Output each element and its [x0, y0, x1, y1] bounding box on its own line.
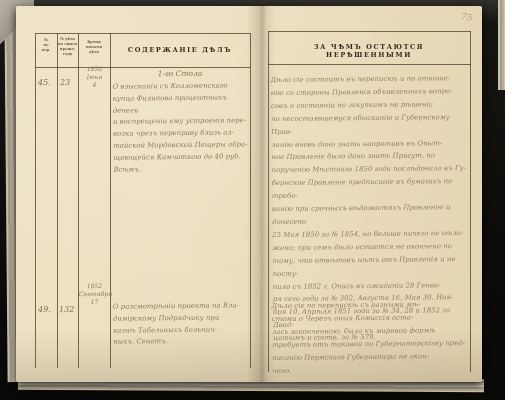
- entry-section-heading: 1-го Стола: [112, 68, 248, 78]
- header-unresolved: ЗА ЧѢМЪ ОСТАЮТСЯ НЕРѢШЕННЫМИ: [270, 43, 468, 59]
- rule: [268, 64, 471, 65]
- entry-date: 1852 Сентября 17: [79, 283, 110, 307]
- rule: [470, 31, 471, 372]
- right-cover-sliver: [498, 0, 505, 90]
- header-date-start: Время начатія дѣла: [78, 39, 110, 54]
- rule: [110, 33, 111, 368]
- entry-unresolved-text: Дѣло сіе по перепискѣ съ разными мѣ- ста…: [272, 298, 469, 377]
- entry-content-text: О взысканіи съ Колломенскаго купца Филип…: [113, 80, 250, 176]
- header-content: СОДЕРЖАНІЕ ДѢЛЪ: [112, 46, 248, 54]
- header-num-opis: № дѣла по описи прошл. года: [57, 36, 78, 56]
- entry-content-text: О разсмотрѣніи проекта на Вла- димірском…: [113, 300, 249, 349]
- photo-of-ledger-book: 75 № по пор. № дѣла по описи прошл. года…: [0, 0, 505, 400]
- entry-date: 1850 Іюня 4: [79, 66, 110, 90]
- rule: [57, 33, 58, 368]
- rule: [268, 31, 471, 32]
- header-num-order: № по пор.: [35, 37, 57, 52]
- rule: [35, 33, 250, 34]
- entry-opis-number: 132: [59, 305, 77, 314]
- entry-number: 49.: [38, 305, 56, 314]
- rule: [35, 33, 36, 368]
- rule: [268, 31, 269, 372]
- page-number: 75: [460, 12, 473, 23]
- entry-opis-number: 23: [60, 78, 77, 87]
- rule: [250, 33, 251, 368]
- entry-number: 45.: [38, 78, 56, 87]
